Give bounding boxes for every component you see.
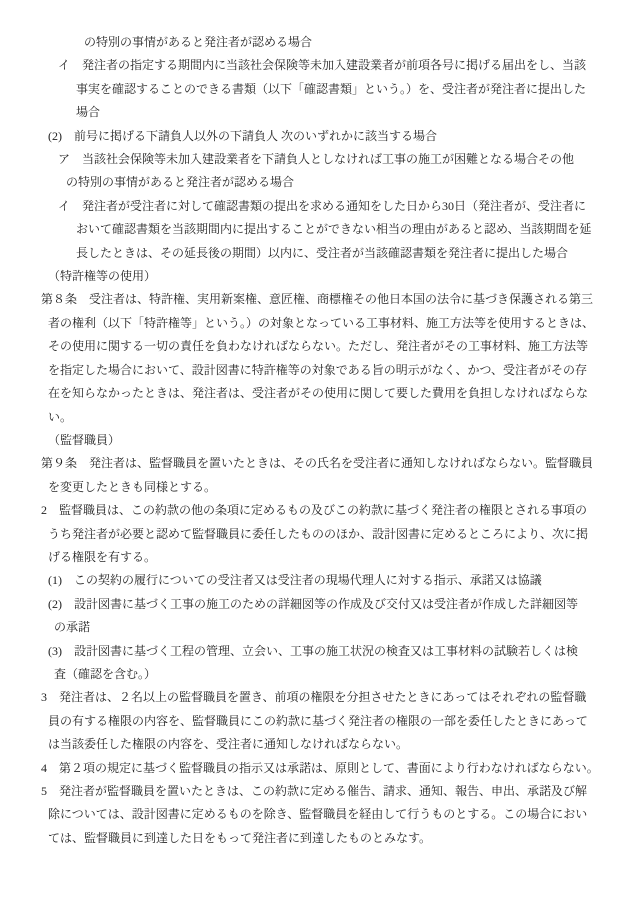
- document-line: (1) この契約の履行についての受注者又は受注者の現場代理人に対する指示、承諾又…: [0, 569, 596, 592]
- document-line: 3 発注者は、２名以上の監督職員を置き、前項の権限を分担させたときにあってはそれ…: [0, 686, 596, 709]
- document-line: を変更したときも同様とする。: [0, 476, 596, 499]
- document-line: 査（確認を含む。）: [0, 663, 596, 686]
- document-line: (2) 前号に掲げる下請負人以外の下請負人 次のいずれかに該当する場合: [0, 125, 596, 148]
- document-page: の特別の事情があると発注者が認める場合イ 発注者の指定する期間内に当該社会保険等…: [0, 0, 630, 903]
- document-line: おいて確認書類を当該期間内に提出することができない相当の理由があると認め、当該期…: [0, 218, 596, 241]
- document-line: は当該委任した権限の内容を、受注者に通知しなければならない。: [0, 733, 596, 756]
- document-line: 4 第２項の規定に基づく監督職員の指示又は承諾は、原則として、書面により行わなけ…: [0, 757, 596, 780]
- document-line: 員の有する権限の内容を、監督職員にこの約款に基づく発注者の権限の一部を委任したと…: [0, 710, 596, 733]
- document-line: 事実を確認することのできる書類（以下「確認書類」という。）を、受注者が発注者に提…: [0, 78, 596, 101]
- document-line: 5 発注者が監督職員を置いたときは、この約款に定める催告、請求、通知、報告、申出…: [0, 780, 596, 803]
- document-line: 場合: [0, 101, 596, 124]
- document-line: イ 発注者の指定する期間内に当該社会保険等未加入建設業者が前項各号に掲げる届出を…: [0, 54, 596, 77]
- document-line: その使用に関する一切の責任を負わなければならない。ただし、発注者がその工事材料、…: [0, 335, 596, 358]
- document-line: 第９条 発注者は、監督職員を置いたときは、その氏名を受注者に通知しなければならな…: [0, 452, 596, 475]
- document-line: 除については、設計図書に定めるものを除き、監督職員を経由して行うものとする。この…: [0, 803, 596, 826]
- document-line: イ 発注者が受注者に対して確認書類の提出を求める通知をした日から30日（発注者が…: [0, 195, 596, 218]
- document-line: うち発注者が必要と認めて監督職員に委任したもののほか、設計図書に定めるところによ…: [0, 523, 596, 546]
- document-line: ア 当該社会保険等未加入建設業者を下請負人としなければ工事の施工が困難となる場合…: [0, 148, 596, 171]
- document-line: の特別の事情があると発注者が認める場合: [0, 171, 596, 194]
- document-line: 在を知らなかったときは、発注者は、受注者がその使用に関して要した費用を負担しなけ…: [0, 382, 596, 405]
- document-line: げる権限を有する。: [0, 546, 596, 569]
- document-line: い。: [0, 406, 596, 429]
- document-line: の特別の事情があると発注者が認める場合: [0, 31, 596, 54]
- document-line: 2 監督職員は、この約款の他の条項に定めるもの及びこの約款に基づく発注者の権限と…: [0, 499, 596, 522]
- document-line: の承諾: [0, 616, 596, 639]
- document-line: ては、監督職員に到達した日をもって発注者に到達したものとみなす。: [0, 827, 596, 850]
- document-line: （監督職員）: [0, 429, 596, 452]
- document-line: （特許権等の使用）: [0, 265, 596, 288]
- document-line: 者の権利（以下「特許権等」という。）の対象となっている工事材料、施工方法等を使用…: [0, 312, 596, 335]
- document-line: (2) 設計図書に基づく工事の施工のための詳細図等の作成及び交付又は受注者が作成…: [0, 593, 596, 616]
- document-line: 第８条 受注者は、特許権、実用新案権、意匠権、商標権その他日本国の法令に基づき保…: [0, 288, 596, 311]
- document-line: (3) 設計図書に基づく工程の管理、立会い、工事の施工状況の検査又は工事材料の試…: [0, 640, 596, 663]
- document-line: 長したときは、その延長後の期間）以内に、受注者が当該確認書類を発注者に提出した場…: [0, 242, 596, 265]
- document-line: を指定した場合において、設計図書に特許権等の対象である旨の明示がなく、かつ、受注…: [0, 359, 596, 382]
- document-body: の特別の事情があると発注者が認める場合イ 発注者の指定する期間内に当該社会保険等…: [0, 0, 630, 850]
